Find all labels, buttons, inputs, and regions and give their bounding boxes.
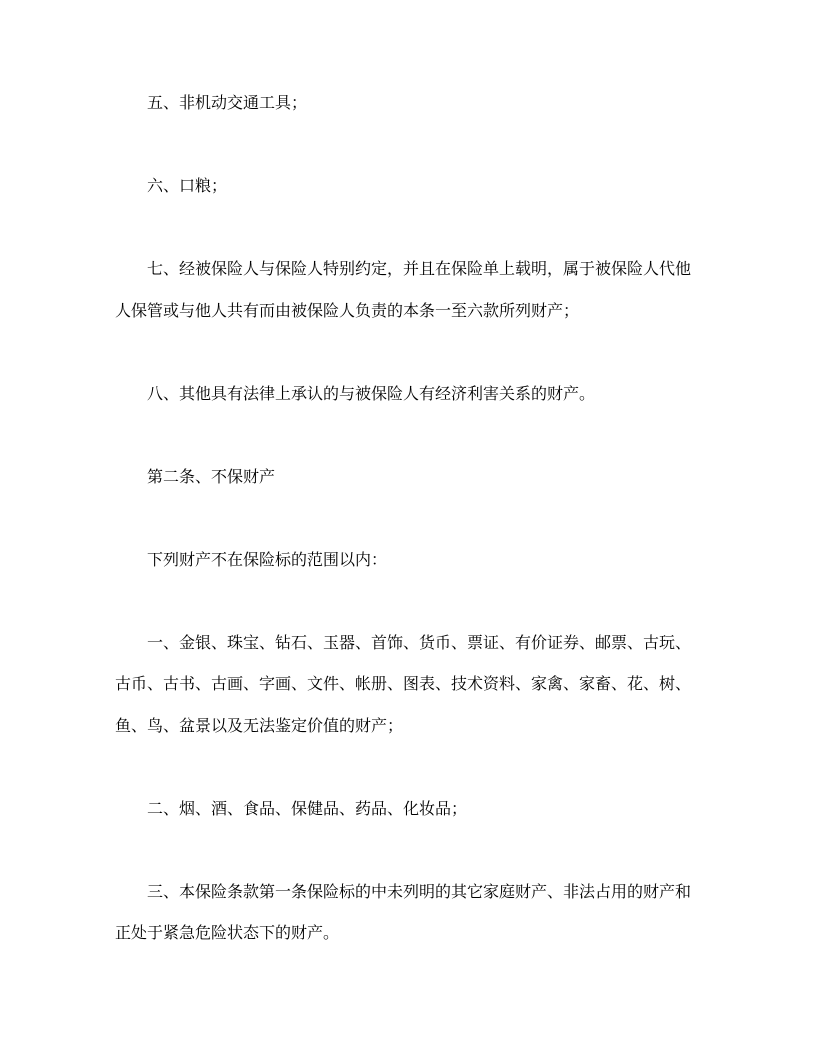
paragraph-line: 三、本保险条款第一条保险标的中未列明的其它家庭财产、非法占用的财产和 [115, 872, 715, 914]
paragraph: 七、经被保险人与保险人特别约定，并且在保险单上载明，属于被保险人代他人保管或与他… [115, 249, 715, 332]
paragraph: 五、非机动交通工具； [115, 83, 715, 125]
paragraph: 二、烟、酒、食品、保健品、药品、化妆品； [115, 789, 715, 831]
paragraph: 一、金银、珠宝、钻石、玉器、首饰、货币、票证、有价证券、邮票、古玩、古币、古书、… [115, 623, 715, 748]
paragraph-line: 第二条、不保财产 [115, 457, 715, 499]
paragraph-line: 八、其他具有法律上承认的与被保险人有经济利害关系的财产。 [115, 374, 715, 416]
paragraph-line: 七、经被保险人与保险人特别约定，并且在保险单上载明，属于被保险人代他 [115, 249, 715, 291]
paragraph-line: 正处于紧急危险状态下的财产。 [115, 913, 715, 955]
paragraph: 下列财产不在保险标的范围以内： [115, 540, 715, 582]
document-body: 五、非机动交通工具；六、口粮；七、经被保险人与保险人特别约定，并且在保险单上载明… [115, 83, 715, 996]
paragraph-line: 一、金银、珠宝、钻石、玉器、首饰、货币、票证、有价证券、邮票、古玩、 [115, 623, 715, 665]
document-page: 五、非机动交通工具；六、口粮；七、经被保险人与保险人特别约定，并且在保险单上载明… [0, 0, 816, 1056]
paragraph-line: 古币、古书、古画、字画、文件、帐册、图表、技术资料、家禽、家畜、花、树、 [115, 664, 715, 706]
paragraph-line: 人保管或与他人共有而由被保险人负责的本条一至六款所列财产； [115, 291, 715, 333]
paragraph: 六、口粮； [115, 166, 715, 208]
paragraph-line: 下列财产不在保险标的范围以内： [115, 540, 715, 582]
paragraph-line: 六、口粮； [115, 166, 715, 208]
paragraph-line: 二、烟、酒、食品、保健品、药品、化妆品； [115, 789, 715, 831]
paragraph-line: 鱼、鸟、盆景以及无法鉴定价值的财产； [115, 706, 715, 748]
paragraph: 三、本保险条款第一条保险标的中未列明的其它家庭财产、非法占用的财产和正处于紧急危… [115, 872, 715, 955]
paragraph-line: 五、非机动交通工具； [115, 83, 715, 125]
paragraph: 第二条、不保财产 [115, 457, 715, 499]
paragraph: 八、其他具有法律上承认的与被保险人有经济利害关系的财产。 [115, 374, 715, 416]
